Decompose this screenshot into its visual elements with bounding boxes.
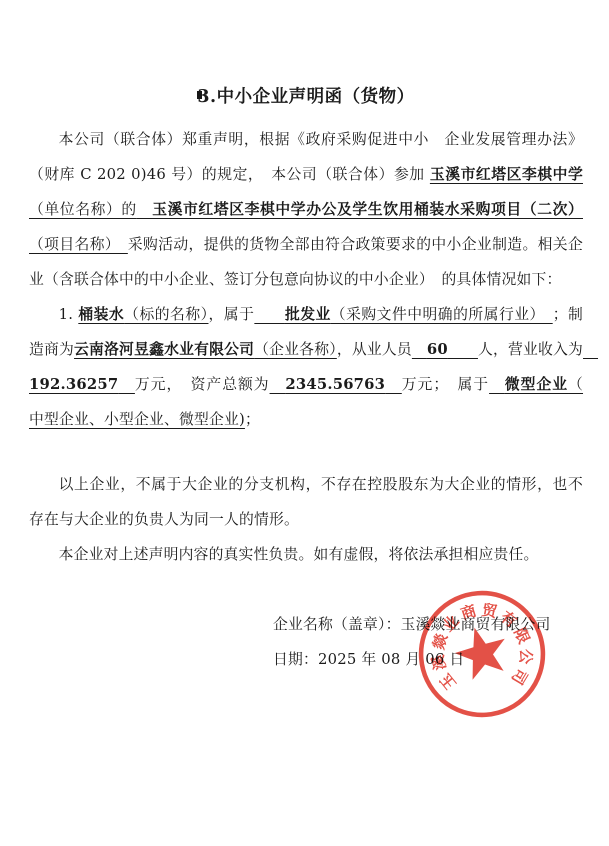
declaration-paragraph: 本公司（联合体）郑重声明，根据《政府采购促进中小 企业发展管理办法》（财库 C … <box>29 122 583 297</box>
text-run: 1. <box>59 306 79 323</box>
text-run: 本企业对上述声明内容的真实性负贵。如有虚假，将依法承担相应贵任。 <box>59 546 539 563</box>
seal-character: 司 <box>508 665 531 687</box>
text-run: 万元， 资产总额为 <box>135 376 270 393</box>
declaration-document-page: 3.中小企业声明函（货物） 本公司（联合体）郑重声明，根据《政府采购促进中小 企… <box>0 0 609 846</box>
text-run: 玉溪市红塔区李棋中学 <box>430 166 583 183</box>
text-run: 192.36257 <box>29 376 118 393</box>
seal-character: 溪 <box>429 653 450 672</box>
text-run <box>412 341 427 358</box>
scan-artifact <box>197 91 202 99</box>
seal-star-icon <box>449 620 513 682</box>
text-run: （单位名称）的 <box>29 201 137 218</box>
text-run <box>385 376 402 393</box>
text-run: ； <box>245 411 260 428</box>
text-run: （项目名称） <box>29 236 128 253</box>
text-run <box>254 306 285 323</box>
assurance-paragraph-2: 本企业对上述声明内容的真实性负贵。如有虚假，将依法承担相应贵任。 <box>29 537 583 572</box>
company-seal: 玉溪燚业商贸有限公司 <box>412 584 553 725</box>
text-run: 人，营业收入为 <box>478 341 583 358</box>
seal-character: 公 <box>516 648 535 665</box>
text-run: 2345.56763 <box>285 376 385 393</box>
text-run: 60 <box>427 341 448 358</box>
seal-character: 燚 <box>429 632 451 652</box>
text-run: 万元； 属于 <box>402 376 489 393</box>
text-run: 云南洛河昱鑫水业有限公司 <box>74 341 254 358</box>
item1-paragraph: 1. 桶装水（标的名称），属于 批发业（采购文件中明确的所属行业） ；制造商为云… <box>29 297 583 437</box>
assurance-paragraph-1: 以上企业，不属于大企业的分支机构，不存在控股股东为大企业的情形，也不存在与大企业… <box>29 467 583 537</box>
seal-character: 有 <box>497 608 520 632</box>
seal-character: 玉 <box>436 670 460 693</box>
text-run <box>448 341 478 358</box>
document-title: 3.中小企业声明函（货物） <box>29 84 583 110</box>
text-run: ，属于 <box>209 306 255 323</box>
text-run <box>583 341 598 358</box>
seal-character: 贸 <box>480 601 499 621</box>
seal-character: 限 <box>510 625 533 647</box>
text-run <box>118 376 135 393</box>
text-run: （标的名称） <box>124 306 208 323</box>
text-run: （采购文件中明确的所属行业） <box>331 306 553 323</box>
document-body: 3.中小企业声明函（货物） 本公司（联合体）郑重声明，根据《政府采购促进中小 企… <box>0 0 609 677</box>
text-run: ，从业人员 <box>337 341 412 358</box>
seal-character: 业 <box>439 611 463 635</box>
text-run: 桶装水 <box>78 306 124 323</box>
text-run: 批发业 <box>285 306 331 323</box>
text-run <box>270 376 286 393</box>
text-run <box>489 376 505 393</box>
text-run: 玉溪市红塔区李棋中学办公及学生饮用桶装水采购项目（二次） <box>137 201 583 218</box>
text-run: 微型企业 <box>505 376 568 393</box>
seal-character: 商 <box>459 602 479 624</box>
text-run: （企业各称） <box>254 341 337 358</box>
text-run: 以上企业，不属于大企业的分支机构，不存在控股股东为大企业的情形，也不存在与大企业… <box>29 476 583 528</box>
